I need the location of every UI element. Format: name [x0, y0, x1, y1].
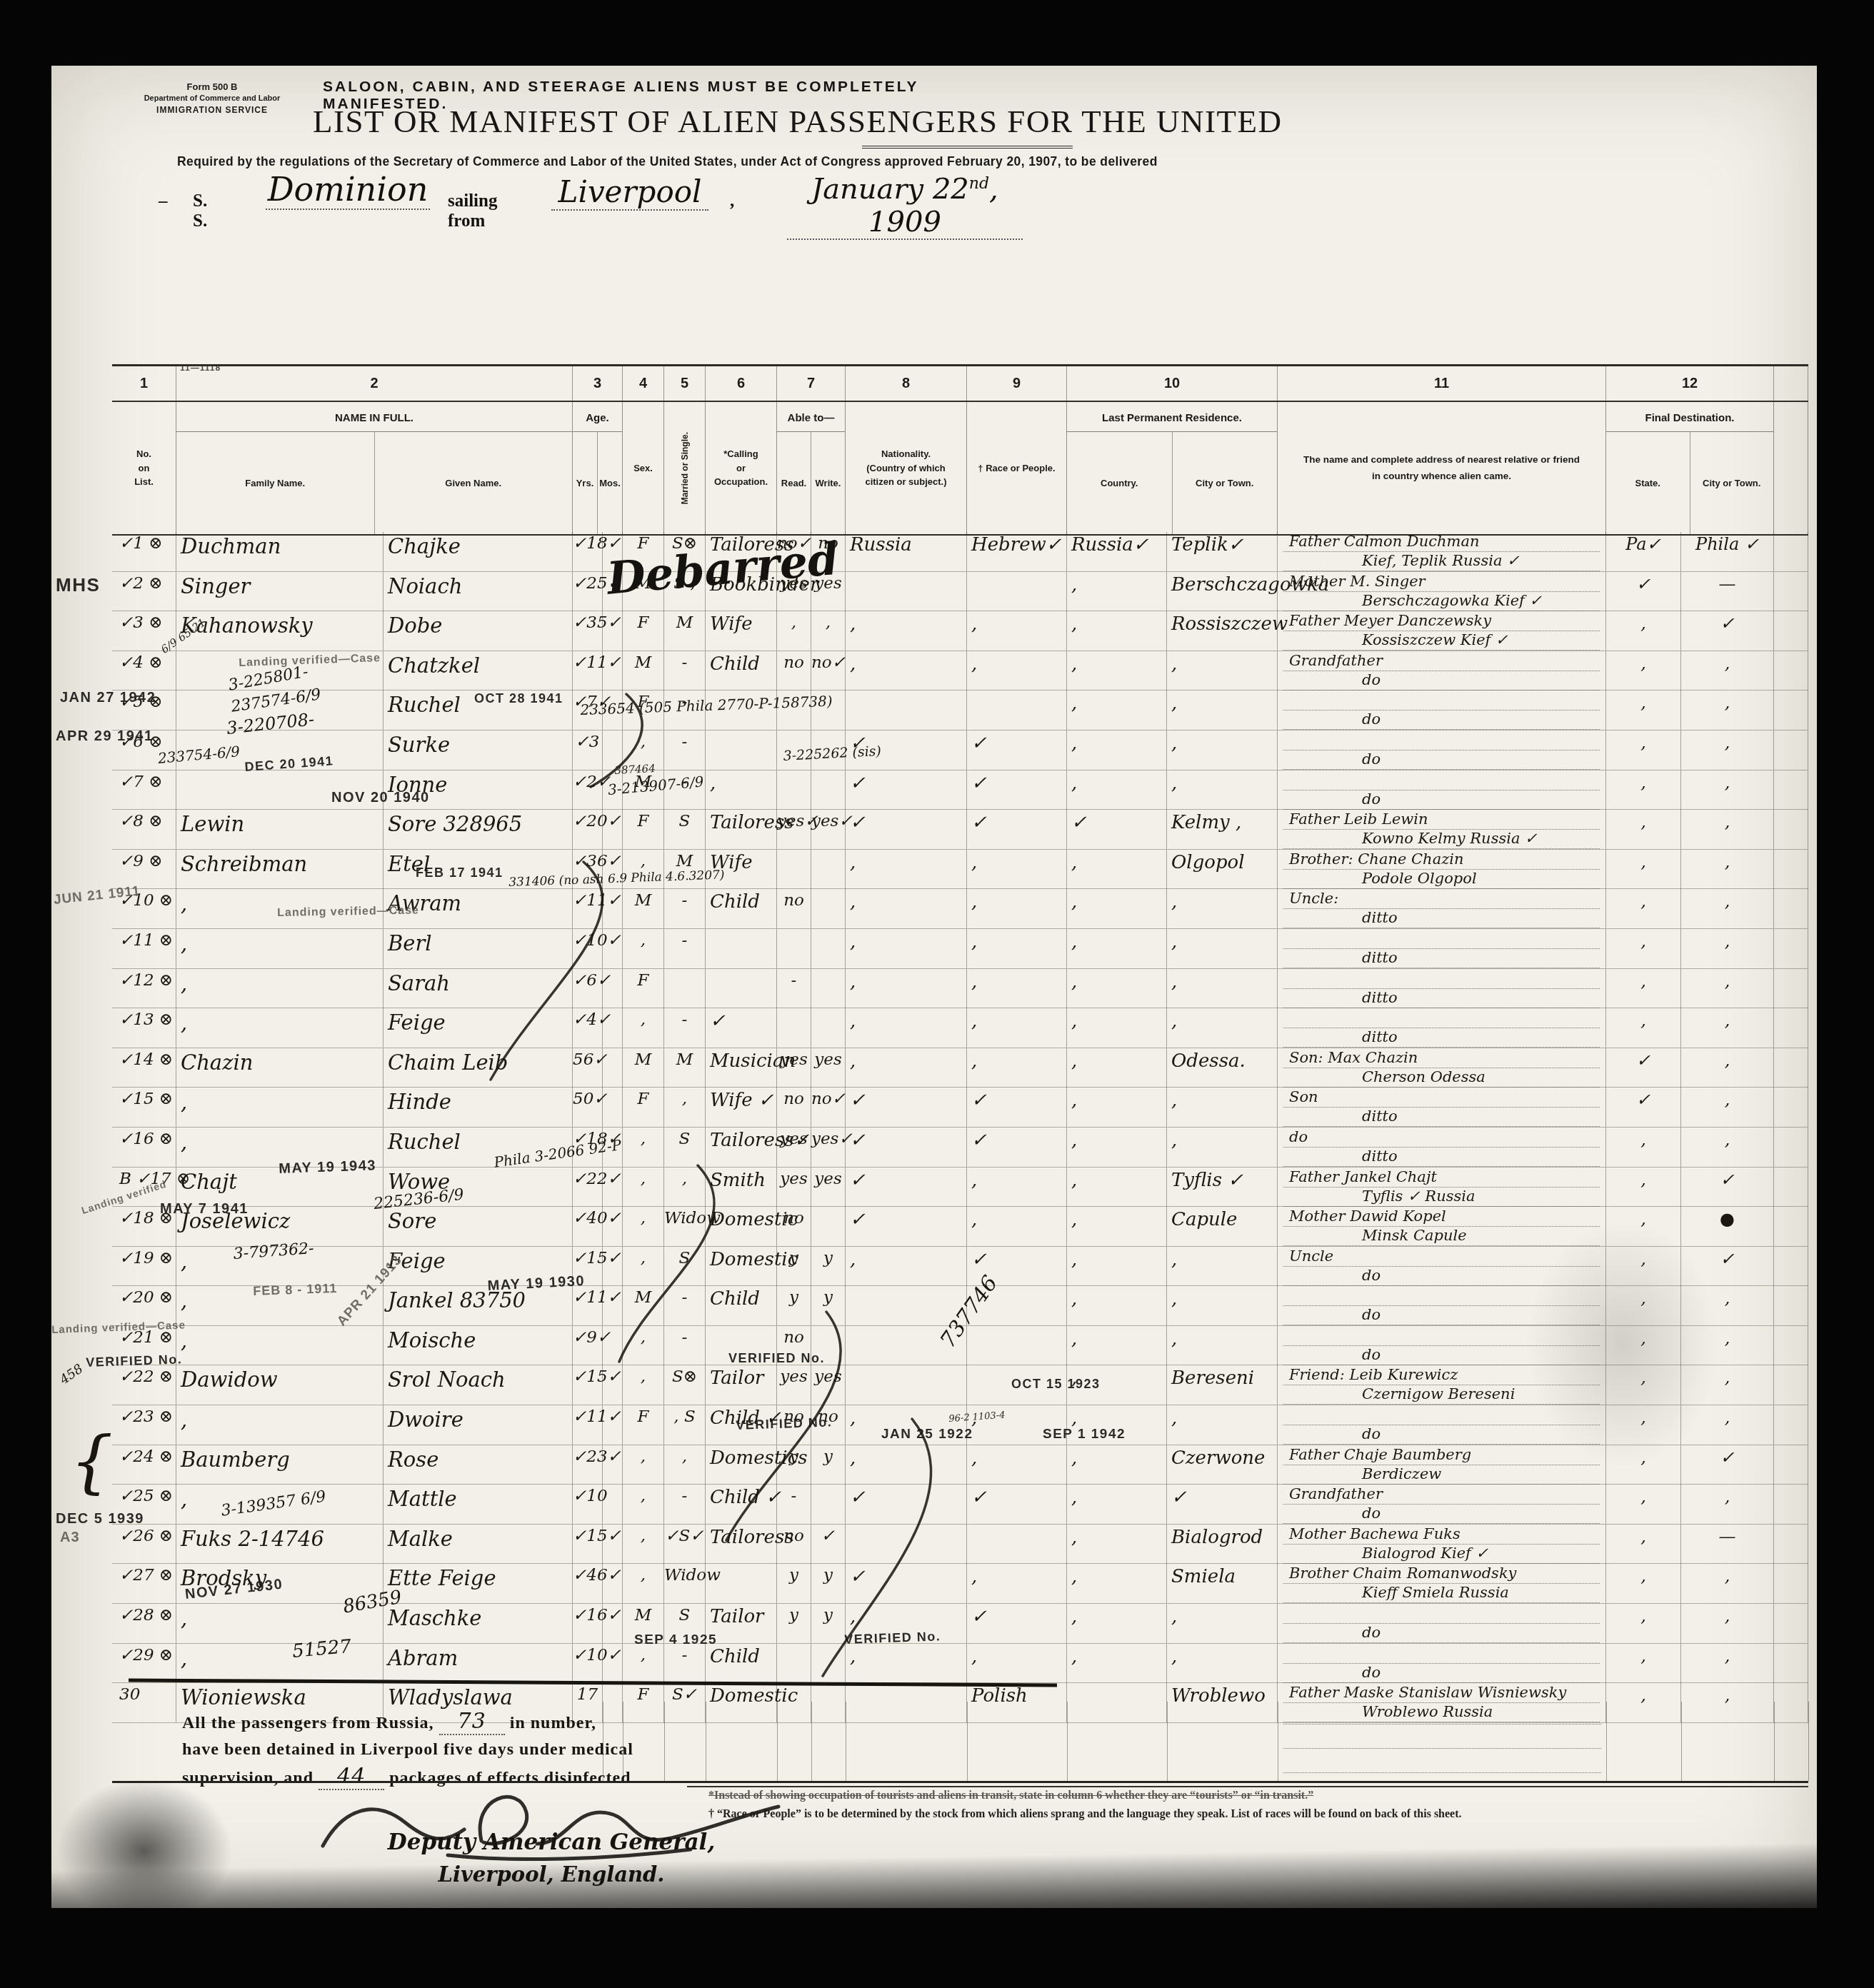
cell-write [811, 1644, 846, 1683]
cell-st: , [1606, 929, 1681, 968]
cell-nat: ✓ [846, 1485, 967, 1524]
cell-rel: Uncledo [1278, 1247, 1606, 1286]
cell-city: , [1167, 929, 1278, 968]
passenger-row: ✓27 ⊗BrodskyEtte Feige✓46✓,Widowyy✓,,Smi… [112, 1564, 1808, 1604]
cell-ms: Widow [664, 1207, 706, 1246]
cell-yrs: ✓15✓ [573, 1365, 603, 1405]
footnote-race: † “Race or People” is to be determined b… [708, 1808, 1462, 1821]
cell-mos [603, 651, 623, 691]
cell-mos [603, 1326, 623, 1365]
passenger-row: ✓24 ⊗BaumbergRose✓23✓,,Domesticsyy,,,Cze… [112, 1445, 1808, 1485]
cell-calling: Wife [706, 611, 777, 651]
cell-rel: Brother Chaim RomanwodskyKieff Smiela Ru… [1278, 1564, 1606, 1603]
column-number-3: 3 [573, 366, 623, 401]
column-number-2: 2 [176, 366, 573, 401]
cell-country: , [1067, 1485, 1167, 1524]
cell-ct: , [1681, 1286, 1774, 1325]
cell-ct: , [1681, 1564, 1774, 1603]
cell-given: Ruchel [384, 691, 573, 730]
cell-ct: , [1681, 1128, 1774, 1167]
column-number-6: 6 [706, 366, 777, 401]
cell-calling: Tailoress✓ [706, 1128, 777, 1167]
sailing-date: January 22nd, 1909 [787, 173, 1023, 240]
cell-st: , [1606, 850, 1681, 889]
cell-ct: , [1681, 1485, 1774, 1524]
cell-write: no✓ [811, 1088, 846, 1127]
column-number-7: 7 [777, 366, 846, 401]
cell-family: Chazin [176, 1048, 384, 1088]
header-col-age: Age. Yrs. Mos. [573, 402, 623, 534]
cell-yrs: ✓11✓ [573, 1286, 603, 1325]
cell-nat [846, 1525, 967, 1564]
cell-write [811, 1207, 846, 1246]
cell-yrs: ✓2✓ [573, 770, 603, 810]
cell-read [777, 1644, 811, 1683]
relative-line-1: Mother Dawid Kopel [1283, 1208, 1600, 1227]
cell-yrs: ✓18✓ [573, 532, 603, 571]
cell-ct: , [1681, 1683, 1774, 1722]
cell-st: , [1606, 1525, 1681, 1564]
passenger-row: ✓22 ⊗DawidowSrol Noach✓15✓,S⊗Tailoryesye… [112, 1365, 1808, 1405]
cell-ct: , [1681, 889, 1774, 928]
cell-city: Bereseni [1167, 1365, 1278, 1405]
cell-mos [603, 889, 623, 928]
cell-city: Tyflis ✓ [1167, 1168, 1278, 1207]
cell-no: ✓8 ⊗ [112, 810, 176, 849]
header-age: Age. [573, 402, 622, 432]
relative-line-2: Berschczagowka Kief ✓ [1283, 592, 1600, 611]
header-destination-state: State. [1606, 432, 1690, 534]
cell-st: , [1606, 1168, 1681, 1207]
cell-write: no [811, 532, 846, 571]
cell-pad [1774, 1525, 1808, 1564]
cell-ms: , S [664, 1405, 706, 1445]
header-yrs: Yrs. [573, 432, 597, 534]
cell-mos [603, 572, 623, 611]
cell-sex: F [623, 969, 664, 1008]
cell-country: , [1067, 1564, 1167, 1603]
cell-ct: , [1681, 929, 1774, 968]
cell-mos [603, 1365, 623, 1405]
cell-given: Feige [384, 1008, 573, 1048]
cell-pad [1774, 1485, 1808, 1524]
cell-country: , [1067, 1644, 1167, 1683]
cell-family: , [176, 1604, 384, 1643]
date-ordinal: nd [969, 175, 989, 193]
scanned-manifest-screenshot: Form 500 B Department of Commerce and La… [0, 0, 1874, 1988]
passenger-row: ✓3 ⊗KahanowskyDobe✓35✓FMWife,,,,,Rossisz… [112, 611, 1808, 651]
cell-given: Wowe [384, 1168, 573, 1207]
cell-yrs: ✓10✓ [573, 929, 603, 968]
cell-read: no [777, 889, 811, 928]
cell-calling: Bookbinder [706, 572, 777, 611]
cell-nat: , [846, 651, 967, 691]
cell-city: , [1167, 770, 1278, 810]
relative-line-1: Son: Max Chazin [1283, 1049, 1600, 1068]
cell-given: Sore [384, 1207, 573, 1246]
cell-write: yes [811, 572, 846, 611]
cell-city: , [1167, 1286, 1278, 1325]
cell-race: , [967, 1207, 1067, 1246]
cell-family: , [176, 1485, 384, 1524]
cell-st: , [1606, 810, 1681, 849]
cell-rel: Grandfatherdo [1278, 1485, 1606, 1524]
cell-st: , [1606, 889, 1681, 928]
date-day: 22 [933, 173, 969, 206]
relative-line-1: Father Maske Stanislaw Wisniewsky [1283, 1684, 1600, 1703]
cell-ms: S [664, 1128, 706, 1167]
extension-grid-line [1167, 1702, 1168, 1781]
relative-line-1: Grandfather [1283, 1485, 1600, 1505]
relative-line-1: do [1283, 1128, 1600, 1148]
relative-line-1 [1283, 771, 1600, 790]
cell-no: ✓10 ⊗ [112, 889, 176, 928]
cell-ct: , [1681, 810, 1774, 849]
cell-calling: Child ✓ [706, 1485, 777, 1524]
cell-mos [603, 850, 623, 889]
handwritten-annotation: 458 [57, 1361, 86, 1387]
cell-family: Schreibman [176, 850, 384, 889]
passenger-row: ✓13 ⊗,Feige✓4✓,-✓,,,,ditto,, [112, 1008, 1808, 1048]
cell-family [176, 731, 384, 770]
signer-title: Deputy American General, [323, 1829, 780, 1855]
passenger-row: ✓8 ⊗LewinSore 328965✓20✓FSTailoressyes✓y… [112, 810, 1808, 850]
cell-family: , [176, 1008, 384, 1048]
column-number-row: 123456789101112 [112, 366, 1808, 402]
cell-race: , [967, 1008, 1067, 1048]
cell-family: Duchman [176, 532, 384, 571]
relative-line-2: ditto [1283, 1108, 1600, 1127]
cell-ms: - [664, 770, 706, 810]
cell-yrs: ✓46✓ [573, 1564, 603, 1603]
cell-pad [1774, 1365, 1808, 1405]
cell-st: , [1606, 1008, 1681, 1048]
cell-family: Baumberg [176, 1445, 384, 1485]
passenger-row: ✓5 ⊗Ruchel✓7✓F-,,do,, [112, 691, 1808, 731]
cell-ms: Widow [664, 1564, 706, 1603]
cell-ms: - [664, 929, 706, 968]
cell-ct: , [1681, 1008, 1774, 1048]
cell-given: Malke [384, 1525, 573, 1564]
cell-read: no [777, 651, 811, 691]
cell-given: Abram [384, 1644, 573, 1683]
summary-line1-post: in number, [510, 1714, 596, 1732]
cell-write [811, 1008, 846, 1048]
notice-underline [862, 146, 1073, 149]
cell-yrs: 56✓ [573, 1048, 603, 1088]
cell-mos [603, 1088, 623, 1127]
cell-nat: , [846, 850, 967, 889]
cell-no: ✓1 ⊗ [112, 532, 176, 571]
cell-write: yes [811, 1048, 846, 1088]
passenger-row: ✓29 ⊗,Abram✓10✓,-Child,,,,do,, [112, 1644, 1808, 1684]
relative-line-1 [1283, 731, 1600, 750]
cell-pad [1774, 1008, 1808, 1048]
cell-read: y [777, 1286, 811, 1325]
relative-line-2: do [1283, 671, 1600, 691]
cell-given: Ruchel [384, 1128, 573, 1167]
cell-write: y [811, 1286, 846, 1325]
relative-line-1: Brother Chaim Romanwodsky [1283, 1565, 1600, 1584]
cell-country: , [1067, 691, 1167, 730]
relative-line-1: Uncle: [1283, 890, 1600, 909]
relative-line-2: Berdiczew [1283, 1465, 1600, 1485]
cell-city: Smiela [1167, 1564, 1278, 1603]
cell-sex: M [623, 770, 664, 810]
cell-no: 30 [112, 1683, 176, 1722]
cell-sex: F [623, 1088, 664, 1127]
cell-ct: , [1681, 731, 1774, 770]
header-col-final-destination: Final Destination. State. City or Town. [1606, 402, 1774, 534]
passenger-table: ✓1 ⊗DuchmanChajke✓18✓FS⊗Tailoressno✓noRu… [112, 532, 1808, 1723]
bottom-rule-double [687, 1786, 1808, 1787]
cell-city: Kelmy , [1167, 810, 1278, 849]
cell-no: ✓13 ⊗ [112, 1008, 176, 1048]
cell-family: Singer [176, 572, 384, 611]
cell-st: , [1606, 969, 1681, 1008]
cell-st: , [1606, 1485, 1681, 1524]
relative-line-1: Mother M. Singer [1283, 573, 1600, 592]
cell-ms: , [664, 1088, 706, 1127]
cell-city: , [1167, 691, 1278, 730]
header-mos: Mos. [597, 432, 622, 534]
cell-rel: Son: Max ChazinCherson Odessa [1278, 1048, 1606, 1088]
cell-family: Dawidow [176, 1365, 384, 1405]
cell-country: , [1067, 770, 1167, 810]
cell-st: , [1606, 1326, 1681, 1365]
relative-line-1 [1283, 1645, 1600, 1664]
cell-pad [1774, 1247, 1808, 1286]
cell-yrs: ✓25✓ [573, 572, 603, 611]
cell-sex: F [623, 810, 664, 849]
cell-calling: Domestic [706, 1247, 777, 1286]
cell-calling: Tailor [706, 1365, 777, 1405]
cell-rel: do [1278, 1326, 1606, 1365]
cell-country: , [1067, 850, 1167, 889]
extension-dotted-line [1283, 1724, 1601, 1725]
cell-rel: Sonditto [1278, 1088, 1606, 1127]
cell-ms: M [664, 611, 706, 651]
cell-read: no [777, 1088, 811, 1127]
cell-no: ✓5 ⊗ [112, 691, 176, 730]
cell-ms: - [664, 1286, 706, 1325]
form-department: Department of Commerce and Labor [119, 94, 305, 103]
column-number-12: 12 [1606, 366, 1774, 401]
cell-st: , [1606, 1445, 1681, 1485]
passenger-row: ✓12 ⊗,Sarah✓6✓F-,,,,ditto,, [112, 969, 1808, 1009]
cell-read: y [777, 1247, 811, 1286]
cell-city: , [1167, 1604, 1278, 1643]
cell-mos [603, 611, 623, 651]
cell-st: , [1606, 1207, 1681, 1246]
cell-country: , [1067, 1247, 1167, 1286]
passenger-row: ✓15 ⊗,Hinde50✓F,Wife ✓nono✓✓✓,,Sonditto✓… [112, 1088, 1808, 1128]
cell-city: , [1167, 1326, 1278, 1365]
cell-pad [1774, 1445, 1808, 1485]
cell-mos [603, 1168, 623, 1207]
cell-read: yes [777, 572, 811, 611]
cell-sex: M [623, 889, 664, 928]
cell-city: , [1167, 651, 1278, 691]
cell-rel: Mother Bachewa FuksBialogrod Kief ✓ [1278, 1525, 1606, 1564]
relative-line-1: Friend: Leib Kurewicz [1283, 1366, 1600, 1385]
header-col-race: † Race or People. [967, 402, 1067, 534]
relative-line-2: do [1283, 790, 1600, 810]
cell-race: ✓ [967, 810, 1067, 849]
cell-pad [1774, 1168, 1808, 1207]
cell-yrs: ✓40✓ [573, 1207, 603, 1246]
cell-write [811, 691, 846, 730]
cell-ms: - [664, 889, 706, 928]
extension-grid-line [1774, 1702, 1775, 1781]
cell-write: yes✓ [811, 1128, 846, 1167]
cell-family: Brodsky [176, 1564, 384, 1603]
cell-no: ✓3 ⊗ [112, 611, 176, 651]
cell-ct: , [1681, 770, 1774, 810]
relative-line-2: Cherson Odessa [1283, 1068, 1600, 1088]
page-title: LIST OR MANIFEST OF ALIEN PASSENGERS FOR… [313, 103, 1313, 140]
passenger-row: ✓25 ⊗,Mattle✓10,-Child ✓-✓✓,✓Grandfather… [112, 1485, 1808, 1525]
cell-no: ✓19 ⊗ [112, 1247, 176, 1286]
cell-family: Kahanowsky [176, 611, 384, 651]
cell-nat [846, 1365, 967, 1405]
relative-line-2: do [1283, 1505, 1600, 1524]
cell-sex: M [623, 1604, 664, 1643]
cell-family: Joselewicz [176, 1207, 384, 1246]
cell-yrs: ✓11✓ [573, 651, 603, 691]
cell-country: , [1067, 1365, 1167, 1405]
passenger-row: B ✓17 ⊗ChajtWowe✓22✓,,Smithyesyes✓,,Tyfl… [112, 1168, 1808, 1208]
cell-given: Chajke [384, 532, 573, 571]
cell-ms: , [664, 1168, 706, 1207]
cell-read: yes [777, 1128, 811, 1167]
cell-st: , [1606, 1683, 1681, 1722]
cell-family: , [176, 969, 384, 1008]
cell-rel: Grandfatherdo [1278, 651, 1606, 691]
cell-given: Ionne [384, 770, 573, 810]
cell-sex: , [623, 1207, 664, 1246]
cell-ms: ✓S✓ [664, 1525, 706, 1564]
ship-prefix: S. S. [193, 191, 207, 231]
cell-rel: ditto [1278, 1008, 1606, 1048]
relative-line-1 [1283, 970, 1600, 989]
cell-no: B ✓17 ⊗ [112, 1168, 176, 1207]
cell-country: , [1067, 611, 1167, 651]
port-name: Liverpool [551, 174, 708, 211]
relative-line-2: do [1283, 1267, 1600, 1286]
cell-no: ✓18 ⊗ [112, 1207, 176, 1246]
cell-yrs: ✓9✓ [573, 1326, 603, 1365]
relative-line-2: Podole Olgopol [1283, 870, 1600, 889]
cell-sex: F [623, 1405, 664, 1445]
cell-family [176, 770, 384, 810]
cell-pad [1774, 1326, 1808, 1365]
cell-read [777, 929, 811, 968]
cell-calling: Musician [706, 1048, 777, 1088]
package-count: 44 [319, 1764, 384, 1790]
cell-ms: - [664, 1485, 706, 1524]
cell-city: Capule [1167, 1207, 1278, 1246]
cell-pad [1774, 1644, 1808, 1683]
cell-ms: M [664, 1048, 706, 1088]
column-number-8: 8 [846, 366, 967, 401]
cell-rel: do [1278, 731, 1606, 770]
header-read: Read. [777, 432, 811, 534]
cell-yrs: ✓10✓ [573, 1644, 603, 1683]
cell-pad [1774, 651, 1808, 691]
cell-write: , [811, 611, 846, 651]
cell-no: ✓2 ⊗ [112, 572, 176, 611]
cell-st: ✓ [1606, 1048, 1681, 1088]
cell-sex: , [623, 1644, 664, 1683]
cell-city: Berschczagowka [1167, 572, 1278, 611]
cell-yrs: ✓10 [573, 1485, 603, 1524]
cell-calling: Child ✓ [706, 1405, 777, 1445]
cell-no: ✓22 ⊗ [112, 1365, 176, 1405]
cell-pad [1774, 1604, 1808, 1643]
cell-mos [603, 1604, 623, 1643]
cell-calling: Child [706, 889, 777, 928]
cell-country: , [1067, 731, 1167, 770]
cell-ct: , [1681, 1048, 1774, 1088]
cell-yrs: ✓36✓ [573, 850, 603, 889]
cell-pad [1774, 929, 1808, 968]
cell-sex: , [623, 1485, 664, 1524]
relative-line-1: Brother: Chane Chazin [1283, 850, 1600, 870]
cell-ct: , [1681, 691, 1774, 730]
cell-st: , [1606, 770, 1681, 810]
passenger-row: ✓14 ⊗ChazinChaim Leib56✓MMMusicianyesyes… [112, 1048, 1808, 1088]
cell-family: Fuks 2-14746 [176, 1525, 384, 1564]
passenger-row: ✓21 ⊗,Moische✓9✓,-no,,do,, [112, 1326, 1808, 1366]
cell-family: , [176, 1247, 384, 1286]
cell-read: - [777, 969, 811, 1008]
cell-pad [1774, 1128, 1808, 1167]
cell-ct: ✓ [1681, 1247, 1774, 1286]
cell-ct: Phila ✓ [1681, 532, 1774, 571]
relative-line-2: Kief, Teplik Russia ✓ [1283, 552, 1600, 571]
date-stamp: A3 [60, 1530, 80, 1546]
cell-given: Chaim Leib [384, 1048, 573, 1088]
cell-ct: , [1681, 1326, 1774, 1365]
passenger-row: ✓19 ⊗,Feige✓15✓,SDomesticyy,✓,,Uncledo,✓ [112, 1247, 1808, 1287]
cell-country: , [1067, 1128, 1167, 1167]
cell-rel: Mother Dawid KopelMinsk Capule [1278, 1207, 1606, 1246]
cell-ms: - [664, 691, 706, 730]
cell-nat: ✓ [846, 1088, 967, 1127]
header-family-name: Family Name. [176, 432, 374, 534]
cell-nat: , [846, 1604, 967, 1643]
cell-ms: - [664, 731, 706, 770]
cell-mos [603, 770, 623, 810]
cell-ms: S⊗ [664, 532, 706, 571]
header-col-sex: Sex. [623, 402, 664, 534]
cell-ct: ✓ [1681, 1168, 1774, 1207]
cell-write [811, 770, 846, 810]
header-residence-city: City or Town. [1172, 432, 1278, 534]
cell-mos [603, 731, 623, 770]
relative-line-1 [1283, 1287, 1600, 1306]
cell-rel: do [1278, 1644, 1606, 1683]
cell-country: , [1067, 1088, 1167, 1127]
cell-nat: ✓ [846, 770, 967, 810]
header-given-name: Given Name. [374, 432, 573, 534]
cell-mos [603, 969, 623, 1008]
cell-no: ✓6 ⊗ [112, 731, 176, 770]
cell-country: , [1067, 1326, 1167, 1365]
cell-read: y [777, 1445, 811, 1485]
cell-city: Rossiszczew [1167, 611, 1278, 651]
